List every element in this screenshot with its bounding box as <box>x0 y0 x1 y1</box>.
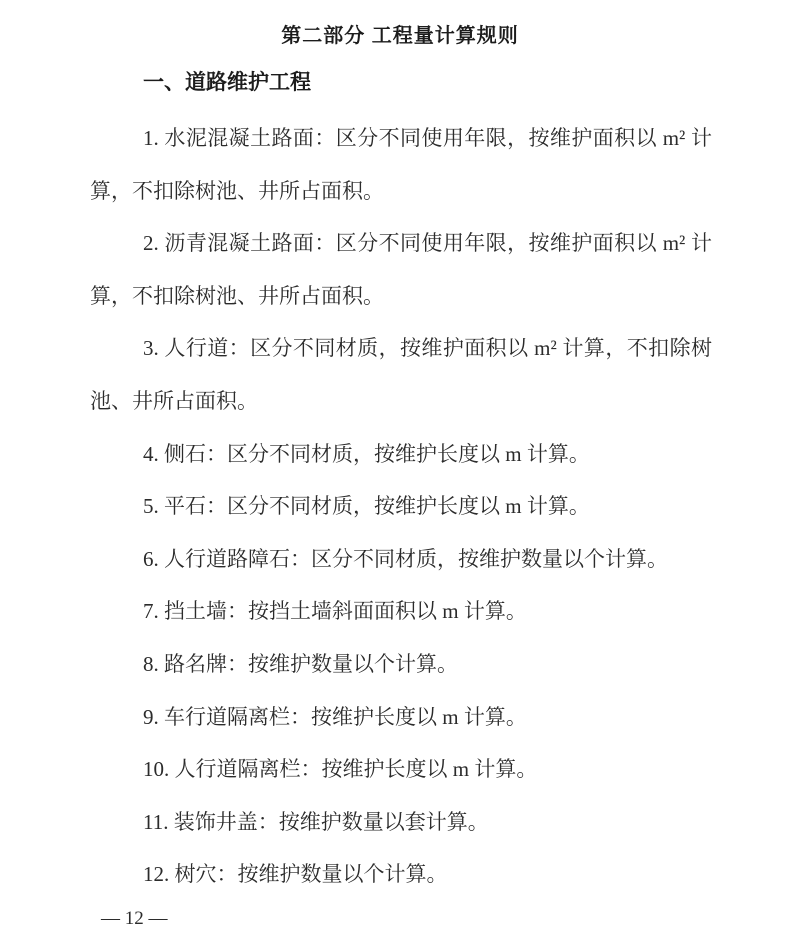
paragraph: 11. 装饰井盖：按维护数量以套计算。 <box>90 796 712 849</box>
paragraph: 3. 人行道：区分不同材质，按维护面积以 m² 计算，不扣除树 池、井所占面积。 <box>90 322 712 427</box>
paragraph-line: 11. 装饰井盖：按维护数量以套计算。 <box>90 796 712 849</box>
paragraph: 9. 车行道隔离栏：按维护长度以 m 计算。 <box>90 691 712 744</box>
paragraph-line: 算，不扣除树池、井所占面积。 <box>90 165 712 218</box>
paragraph: 4. 侧石：区分不同材质，按维护长度以 m 计算。 <box>90 428 712 481</box>
paragraph: 12. 树穴：按维护数量以个计算。 <box>90 848 712 901</box>
page-number: — 12 — <box>101 903 168 935</box>
paragraph-line: 6. 人行道路障石：区分不同材质，按维护数量以个计算。 <box>90 533 712 586</box>
body-text: 1. 水泥混凝土路面：区分不同使用年限，按维护面积以 m² 计 算，不扣除树池、… <box>90 112 712 901</box>
paragraph: 7. 挡土墙：按挡土墙斜面面积以 m 计算。 <box>90 585 712 638</box>
paragraph-line: 7. 挡土墙：按挡土墙斜面面积以 m 计算。 <box>90 585 712 638</box>
paragraph: 1. 水泥混凝土路面：区分不同使用年限，按维护面积以 m² 计 算，不扣除树池、… <box>90 112 712 217</box>
paragraph: 2. 沥青混凝土路面：区分不同使用年限，按维护面积以 m² 计 算，不扣除树池、… <box>90 217 712 322</box>
paragraph-line: 2. 沥青混凝土路面：区分不同使用年限，按维护面积以 m² 计 <box>90 217 712 270</box>
paragraph-line: 3. 人行道：区分不同材质，按维护面积以 m² 计算，不扣除树 <box>90 322 712 375</box>
paragraph-line: 12. 树穴：按维护数量以个计算。 <box>90 848 712 901</box>
paragraph-line: 算，不扣除树池、井所占面积。 <box>90 270 712 323</box>
page-title: 第二部分 工程量计算规则 <box>0 19 800 48</box>
paragraph: 8. 路名牌：按维护数量以个计算。 <box>90 638 712 691</box>
paragraph: 10. 人行道隔离栏：按维护长度以 m 计算。 <box>90 743 712 796</box>
paragraph-line: 1. 水泥混凝土路面：区分不同使用年限，按维护面积以 m² 计 <box>90 112 712 165</box>
section-heading: 一、道路维护工程 <box>143 66 311 96</box>
paragraph-line: 9. 车行道隔离栏：按维护长度以 m 计算。 <box>90 691 712 744</box>
document-page: 第二部分 工程量计算规则 一、道路维护工程 1. 水泥混凝土路面：区分不同使用年… <box>0 0 800 950</box>
paragraph-line: 10. 人行道隔离栏：按维护长度以 m 计算。 <box>90 743 712 796</box>
paragraph-line: 池、井所占面积。 <box>90 375 712 428</box>
paragraph: 6. 人行道路障石：区分不同材质，按维护数量以个计算。 <box>90 533 712 586</box>
paragraph-line: 5. 平石：区分不同材质，按维护长度以 m 计算。 <box>90 480 712 533</box>
paragraph-line: 8. 路名牌：按维护数量以个计算。 <box>90 638 712 691</box>
paragraph: 5. 平石：区分不同材质，按维护长度以 m 计算。 <box>90 480 712 533</box>
paragraph-line: 4. 侧石：区分不同材质，按维护长度以 m 计算。 <box>90 428 712 481</box>
